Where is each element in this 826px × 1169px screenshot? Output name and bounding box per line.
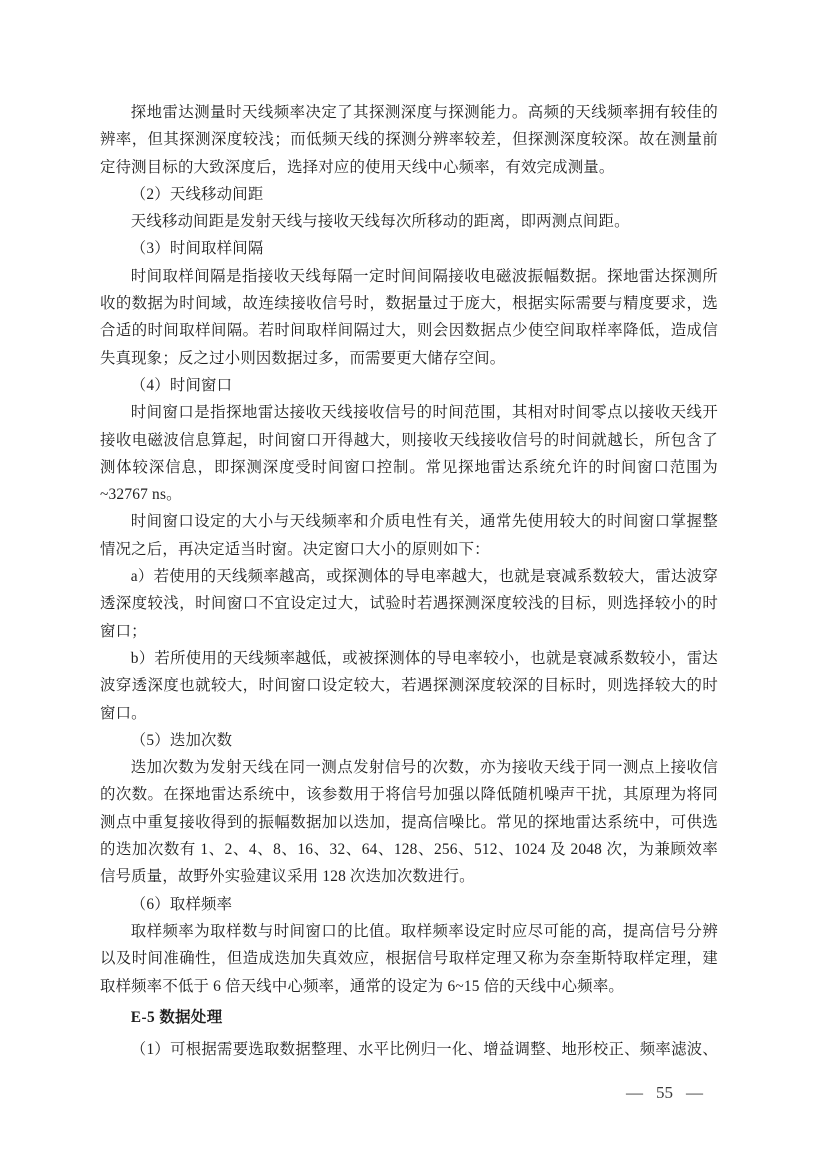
- paragraph: 天线移动间距是发射天线与接收天线每次所移动的距离，即两测点间距。: [100, 208, 718, 235]
- text-line: 探地雷达测量时天线频率决定了其探测深度与探测能力。高频的天线频率拥有较佳的分: [100, 99, 718, 126]
- text-line: 收的数据为时间域，故连续接收信号时，数据量过于庞大，根据实际需要与精度要求，选择: [100, 290, 718, 317]
- paragraph: （6）取样频率: [100, 891, 718, 918]
- text-line: 迭加次数为发射天线在同一测点发射信号的次数，亦为接收天线于同一测点上接收信号: [100, 754, 718, 781]
- text-line: 失真现象；反之过小则因数据过多，而需要更大储存空间。: [100, 345, 718, 372]
- text-line: 辨率，但其探测深度较浅；而低频天线的探测分辨率较差，但探测深度较深。故在测量前确: [100, 126, 718, 153]
- document-page: 探地雷达测量时天线频率决定了其探测深度与探测能力。高频的天线频率拥有较佳的分辨率…: [0, 0, 826, 1169]
- text-line: 取样频率不低于 6 倍天线中心频率，通常的设定为 6~15 倍的天线中心频率。: [100, 973, 718, 1000]
- paragraph: b）若所使用的天线频率越低，或被探测体的导电率较小，也就是衰减系数较小，雷达波穿…: [100, 645, 718, 727]
- paragraph: 探地雷达测量时天线频率决定了其探测深度与探测能力。高频的天线频率拥有较佳的分辨率…: [100, 99, 718, 181]
- text-line: 时间窗口设定的大小与天线频率和介质电性有关，通常先使用较大的时间窗口掌握整体: [100, 508, 718, 535]
- paragraph: 取样频率为取样数与时间窗口的比值。取样频率设定时应尽可能的高，提高信号分辨率以及…: [100, 918, 718, 1000]
- text-line: a）若使用的天线频率越高，或探测体的导电率越大，也就是衰减系数较大，雷达波穿: [100, 563, 718, 590]
- text-line: 时间取样间隔是指接收天线每隔一定时间间隔接收电磁波振幅数据。探地雷达探测所接: [100, 263, 718, 290]
- paragraph: （1）可根据需要选取数据整理、水平比例归一化、增益调整、地形校正、频率滤波、: [100, 1036, 718, 1063]
- paragraph: （2）天线移动间距: [100, 181, 718, 208]
- page-number-right-dash: —: [686, 1084, 703, 1101]
- text-line: 天线移动间距是发射天线与接收天线每次所移动的距离，即两测点间距。: [100, 208, 718, 235]
- text-line: 接收电磁波信息算起，时间窗口开得越大，则接收天线接收信号的时间就越长，所包含了待: [100, 427, 718, 454]
- document-body: 探地雷达测量时天线频率决定了其探测深度与探测能力。高频的天线频率拥有较佳的分辨率…: [100, 99, 718, 1063]
- paragraph: （4）时间窗口: [100, 372, 718, 399]
- text-line: 情况之后，再决定适当时窗。决定窗口大小的原则如下：: [100, 536, 718, 563]
- text-line: 窗口；: [100, 618, 718, 645]
- heading-line: E-5 数据处理: [100, 1004, 718, 1031]
- text-line: 测点中重复接收得到的振幅数据加以迭加，提高信噪比。常见的探地雷达系统中，可供选择: [100, 809, 718, 836]
- paragraph: （3）时间取样间隔: [100, 235, 718, 262]
- text-line: 波穿透深度也就较大，时间窗口设定较大，若遇探测深度较深的目标时，则选择较大的时间: [100, 672, 718, 699]
- text-line: 以及时间准确性，但造成迭加失真效应，根据信号取样定理又称为奈奎斯特取样定理，建议: [100, 945, 718, 972]
- text-line: 定待测目标的大致深度后，选择对应的使用天线中心频率，有效完成测量。: [100, 154, 718, 181]
- text-line: （6）取样频率: [100, 891, 718, 918]
- text-line: ~32767 ns。: [100, 481, 718, 508]
- paragraph: 时间窗口设定的大小与天线频率和介质电性有关，通常先使用较大的时间窗口掌握整体情况…: [100, 508, 718, 563]
- text-line: 的次数。在探地雷达系统中，该参数用于将信号加强以降低随机噪声干扰，其原理为将同一: [100, 781, 718, 808]
- paragraph: （5）迭加次数: [100, 727, 718, 754]
- text-line: （3）时间取样间隔: [100, 235, 718, 262]
- text-line: （2）天线移动间距: [100, 181, 718, 208]
- section-heading: E-5 数据处理: [100, 1004, 718, 1031]
- text-line: 的迭加次数有 1、2、4、8、16、32、64、128、256、512、1024…: [100, 836, 718, 863]
- text-line: 测体较深信息，即探测深度受时间窗口控制。常见探地雷达系统允许的时间窗口范围为 1…: [100, 454, 718, 481]
- paragraph: 时间取样间隔是指接收天线每隔一定时间间隔接收电磁波振幅数据。探地雷达探测所接收的…: [100, 263, 718, 372]
- paragraph: a）若使用的天线频率越高，或探测体的导电率越大，也就是衰减系数较大，雷达波穿透深…: [100, 563, 718, 645]
- text-line: 合适的时间取样间隔。若时间取样间隔过大，则会因数据点少使空间取样率降低，造成信号: [100, 317, 718, 344]
- text-line: b）若所使用的天线频率越低，或被探测体的导电率较小，也就是衰减系数较小，雷达: [100, 645, 718, 672]
- text-line: 时间窗口是指探地雷达接收天线接收信号的时间范围，其相对时间零点以接收天线开始: [100, 399, 718, 426]
- text-line: （4）时间窗口: [100, 372, 718, 399]
- paragraph: 迭加次数为发射天线在同一测点发射信号的次数，亦为接收天线于同一测点上接收信号的次…: [100, 754, 718, 890]
- page-number-left-dash: —: [626, 1084, 643, 1101]
- page-number-value: 55: [656, 1084, 673, 1101]
- page-number: — 55 —: [626, 1084, 703, 1101]
- text-line: 信号质量，故野外实验建议采用 128 次迭加次数进行。: [100, 863, 718, 890]
- text-line: （1）可根据需要选取数据整理、水平比例归一化、增益调整、地形校正、频率滤波、: [100, 1036, 718, 1063]
- text-line: 取样频率为取样数与时间窗口的比值。取样频率设定时应尽可能的高，提高信号分辨率: [100, 918, 718, 945]
- text-line: （5）迭加次数: [100, 727, 718, 754]
- text-line: 窗口。: [100, 700, 718, 727]
- paragraph: 时间窗口是指探地雷达接收天线接收信号的时间范围，其相对时间零点以接收天线开始接收…: [100, 399, 718, 508]
- text-line: 透深度较浅，时间窗口不宜设定过大，试验时若遇探测深度较浅的目标，则选择较小的时间: [100, 590, 718, 617]
